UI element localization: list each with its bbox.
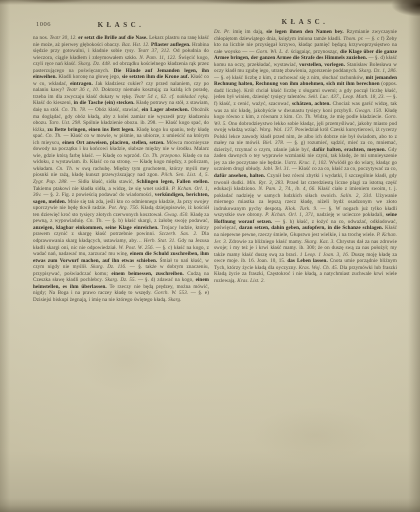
text-segment: das Leben lassen.	[287, 258, 329, 264]
text-segment: sie legen ihnen den Namen bey.	[266, 29, 346, 35]
text-segment: ein Lager abstecken.	[142, 107, 191, 113]
text-segment: Ustrz. Kruc. 1, 102.	[284, 160, 329, 166]
text-segment: Herb. Stat. 31.	[144, 238, 178, 244]
text-segment: Teatr 37, 312.	[138, 48, 173, 54]
text-segment: Cn. Th.	[56, 166, 76, 172]
text-segment: Takiemu ptakowi nie kładła sidła, a widz…	[33, 186, 172, 192]
text-segment: na nos.	[33, 35, 50, 41]
text-segment: sie setzten ihm die Krone auf.	[122, 74, 191, 80]
text-column-right: Dz. Pr. imię im dają, sie legen ihnen de…	[214, 29, 397, 482]
text-segment: Skarg. Dz. 116.	[90, 264, 129, 270]
text-segment: anzeigen, klagbar einkommen, seine Klage…	[33, 225, 161, 231]
text-segment: Teatr 30, 12.	[50, 35, 79, 41]
text-segment: ściągaiąc, przynosząc,	[291, 49, 340, 55]
text-segment: Cn. Th.	[86, 218, 105, 224]
text-segment: Gorch. W. 553.	[154, 290, 191, 296]
text-segment: N. Pam. 11, 122.	[139, 55, 178, 61]
text-segment: Thom. pr. — §.	[343, 36, 377, 42]
text-segment: Min. Ryt. 3, 283.	[247, 180, 287, 186]
text-segment: N. Pam. 2, 74., ib. 4, 66.	[259, 186, 318, 192]
text-column-left: na nos. Teatr 30, 12. er setzt die Brill…	[33, 35, 209, 485]
text-segment: Cn. Th.	[296, 114, 314, 120]
text-segment: Gwagn. 150.	[355, 108, 385, 114]
text-segment: Kras. List. 2.	[237, 278, 265, 284]
text-segment: Szczerb. Sax. 2.	[159, 231, 201, 237]
text-segment: daran setzen, dahin geben, aufopfern, in…	[239, 225, 385, 231]
text-segment: Cn. Th.	[46, 133, 64, 139]
text-segment: Zdrowie za bliźniego kłaść mamy.	[229, 239, 305, 245]
text-segment: vorstellen, vorlegen.	[299, 62, 347, 68]
text-segment: 1 Leop. 1 Joan. 3, 16.	[300, 252, 351, 258]
text-segment: Kładli koronę na głowę jego,	[58, 74, 122, 80]
text-segment: — Obóz kłaść, stawiać,	[88, 107, 141, 113]
text-segment: P. Kchan. Orl. 1, 371,	[265, 212, 316, 218]
text-segment: Warg. Wal. 137.	[260, 127, 296, 133]
text-segment: zu Bette bringen, einen ins Bett legen.	[48, 127, 137, 133]
text-segment: einen Ort anweisen, placiren, stellen, s…	[62, 140, 166, 146]
text-segment: Pot. Arg. 756.	[109, 205, 142, 211]
scanned-dictionary-page: 1006 KŁASC. KŁASC. na nos. Teatr 30, 12.…	[0, 0, 420, 512]
text-segment: Skarg. Kaz. 3.	[304, 239, 336, 245]
text-segment: Baz. Hst. 12.	[122, 42, 151, 48]
text-segment: Tarn. Ust. 298.	[49, 120, 83, 126]
text-segment: Teatr 36 c, 10.	[66, 87, 101, 93]
text-segment: — §. b) kłaść skargi, z żałobę swoję pod…	[105, 218, 209, 224]
running-title-left-column: KŁASC.	[33, 21, 209, 29]
text-segment: schätzen, achten.	[292, 101, 333, 107]
text-segment: Cn. Th. 78.	[61, 107, 88, 113]
text-segment: — Kłaść co za co, kłaść za co, poczytywa…	[292, 166, 397, 172]
text-segment: imię im dają,	[233, 29, 267, 35]
text-segment: nadzieję w ucieczce pokładali,	[317, 212, 386, 218]
text-segment: in die Tasche (ein) stecken.	[74, 100, 137, 106]
text-segment: Dz. Pr.	[214, 29, 233, 35]
text-segment: — §. 2. Fig. z powieścią podawać do wiad…	[43, 192, 154, 198]
text-segment: dafür halten, erachten, meynen.	[312, 147, 388, 153]
text-segment: W. Post. W. 256.	[119, 245, 156, 251]
text-segment: Skarg.	[168, 297, 181, 303]
text-segment: eintragen.	[70, 81, 95, 87]
text-segment: Sekl. Luc. 437., Leop. Math. 18, 23.	[308, 94, 386, 100]
text-segment: Kłok. Turk. 9.	[285, 206, 320, 212]
text-segment: — Sidła kłaść, sidła stawić,	[70, 179, 136, 185]
text-segment: Skarg. Dz. 1, 286.	[359, 68, 397, 74]
text-segment: Cn. Th. przepono.	[143, 153, 183, 159]
text-segment: Biel. 378.	[263, 140, 287, 146]
text-segment: — §. e) kłaść liczbę z kim, z rachować s…	[214, 75, 366, 81]
text-segment: Skarg. Dz. 55.	[105, 277, 138, 283]
text-segment: dafür ansehen, halten.	[214, 173, 267, 179]
text-segment: Jabł. Tel. 31.	[263, 166, 292, 172]
text-segment: einem beimessen, zuschreiben.	[111, 271, 187, 277]
text-segment: Schlingen legen, Fallen stellen.	[136, 179, 209, 185]
text-segment: Skarg. Dz. 448.	[78, 61, 113, 67]
text-segment: Gwag. 450.	[164, 212, 190, 218]
running-title-right-column: KŁASC.	[214, 18, 396, 26]
text-segment: Kras. Woj. Ch. 45.	[299, 265, 340, 271]
text-segment: Salin. 2, 334.	[340, 193, 375, 199]
text-segment: — §. d) zdawać na kogo,	[138, 277, 196, 283]
text-segment: Widzę, że mię podle kładziecie.	[314, 114, 385, 120]
text-segment: Kłaść do kieszeni,	[33, 100, 74, 106]
text-segment: Pflaster auflegen.	[151, 42, 192, 48]
text-segment: Gorn. Wł. L. 4.	[256, 49, 291, 55]
text-segment: er setzt die Brille auf die Nase.	[78, 35, 149, 41]
